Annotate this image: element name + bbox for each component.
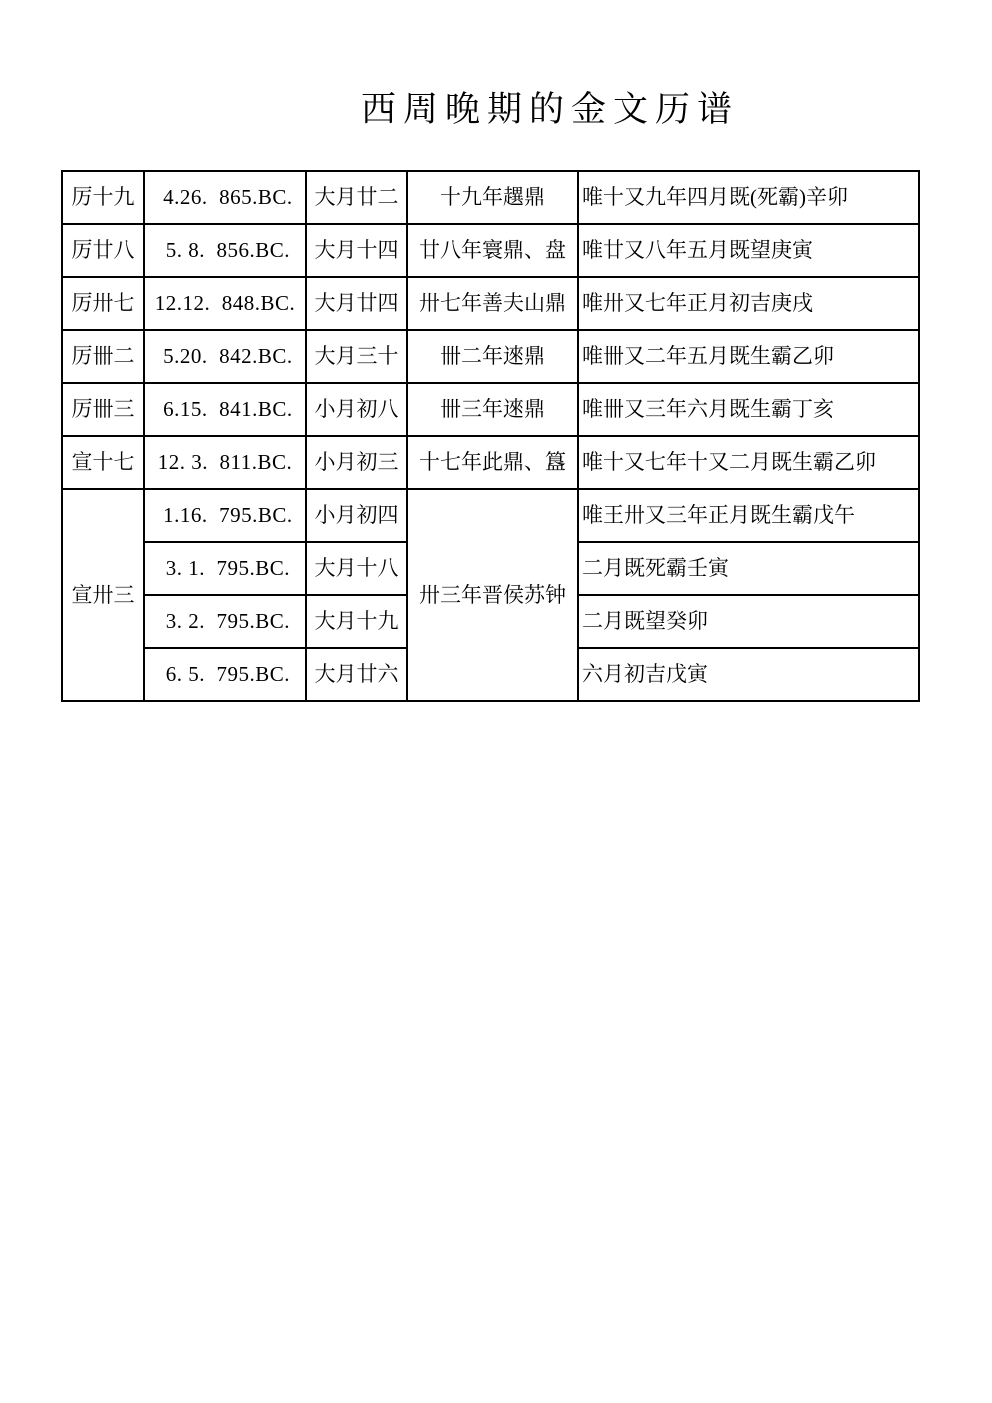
inscription-cell: 唯卌又二年五月既生霸乙卯: [578, 330, 919, 383]
lunar-day-cell: 大月三十: [306, 330, 407, 383]
table-row: 厉卌三 6.15. 841.BC. 小月初八 卌三年逨鼎 唯卌又三年六月既生霸丁…: [62, 383, 919, 436]
vessel-name-cell: 卌三年逨鼎: [407, 383, 578, 436]
lunar-day-cell: 大月十九: [306, 595, 407, 648]
reign-year-cell: 厉廿八: [62, 224, 144, 277]
inscription-cell: 唯王卅又三年正月既生霸戊午: [578, 489, 919, 542]
gregorian-date-cell: 12.12. 848.BC.: [144, 277, 306, 330]
reign-year-cell-merged: 宣卅三: [62, 489, 144, 701]
vessel-name-cell: 十九年趩鼎: [407, 171, 578, 224]
inscription-cell: 唯卌又三年六月既生霸丁亥: [578, 383, 919, 436]
lunar-day-cell: 大月廿四: [306, 277, 407, 330]
table-row: 宣十七 12. 3. 811.BC. 小月初三 十七年此鼎、簋 唯十又七年十又二…: [62, 436, 919, 489]
table-row: 厉卌二 5.20. 842.BC. 大月三十 卌二年逨鼎 唯卌又二年五月既生霸乙…: [62, 330, 919, 383]
table-row: 厉十九 4.26. 865.BC. 大月廿二 十九年趩鼎 唯十又九年四月既(死霸…: [62, 171, 919, 224]
table-row: 厉廿八 5. 8. 856.BC. 大月十四 廿八年寰鼎、盘 唯廿又八年五月既望…: [62, 224, 919, 277]
gregorian-date-cell: 12. 3. 811.BC.: [144, 436, 306, 489]
gregorian-date-cell: 4.26. 865.BC.: [144, 171, 306, 224]
page-title: 西周晚期的金文历谱: [0, 88, 992, 132]
inscription-cell: 六月初吉戊寅: [578, 648, 919, 701]
inscription-cell: 二月既望癸卯: [578, 595, 919, 648]
lunar-day-cell: 大月廿六: [306, 648, 407, 701]
reign-year-cell: 厉卌二: [62, 330, 144, 383]
inscription-cell: 唯廿又八年五月既望庚寅: [578, 224, 919, 277]
gregorian-date-cell: 6.15. 841.BC.: [144, 383, 306, 436]
lunar-day-cell: 大月廿二: [306, 171, 407, 224]
bronze-inscription-calendar-table: 厉十九 4.26. 865.BC. 大月廿二 十九年趩鼎 唯十又九年四月既(死霸…: [61, 170, 920, 702]
lunar-day-cell: 小月初四: [306, 489, 407, 542]
gregorian-date-cell: 6. 5. 795.BC.: [144, 648, 306, 701]
reign-year-cell: 宣十七: [62, 436, 144, 489]
reign-year-cell: 厉卌三: [62, 383, 144, 436]
reign-year-cell: 厉十九: [62, 171, 144, 224]
lunar-day-cell: 大月十四: [306, 224, 407, 277]
reign-year-cell: 厉卅七: [62, 277, 144, 330]
vessel-name-cell: 卅七年善夫山鼎: [407, 277, 578, 330]
gregorian-date-cell: 3. 1. 795.BC.: [144, 542, 306, 595]
lunar-day-cell: 小月初三: [306, 436, 407, 489]
gregorian-date-cell: 5.20. 842.BC.: [144, 330, 306, 383]
inscription-cell: 唯十又七年十又二月既生霸乙卯: [578, 436, 919, 489]
lunar-day-cell: 小月初八: [306, 383, 407, 436]
gregorian-date-cell: 1.16. 795.BC.: [144, 489, 306, 542]
vessel-name-cell-merged: 卅三年晋侯苏钟: [407, 489, 578, 701]
table-row: 宣卅三 1.16. 795.BC. 小月初四 卅三年晋侯苏钟 唯王卅又三年正月既…: [62, 489, 919, 542]
inscription-cell: 二月既死霸壬寅: [578, 542, 919, 595]
lunar-day-cell: 大月十八: [306, 542, 407, 595]
table-row: 厉卅七 12.12. 848.BC. 大月廿四 卅七年善夫山鼎 唯卅又七年正月初…: [62, 277, 919, 330]
gregorian-date-cell: 3. 2. 795.BC.: [144, 595, 306, 648]
vessel-name-cell: 卌二年逨鼎: [407, 330, 578, 383]
vessel-name-cell: 十七年此鼎、簋: [407, 436, 578, 489]
gregorian-date-cell: 5. 8. 856.BC.: [144, 224, 306, 277]
inscription-cell: 唯十又九年四月既(死霸)辛卯: [578, 171, 919, 224]
inscription-cell: 唯卅又七年正月初吉庚戌: [578, 277, 919, 330]
vessel-name-cell: 廿八年寰鼎、盘: [407, 224, 578, 277]
